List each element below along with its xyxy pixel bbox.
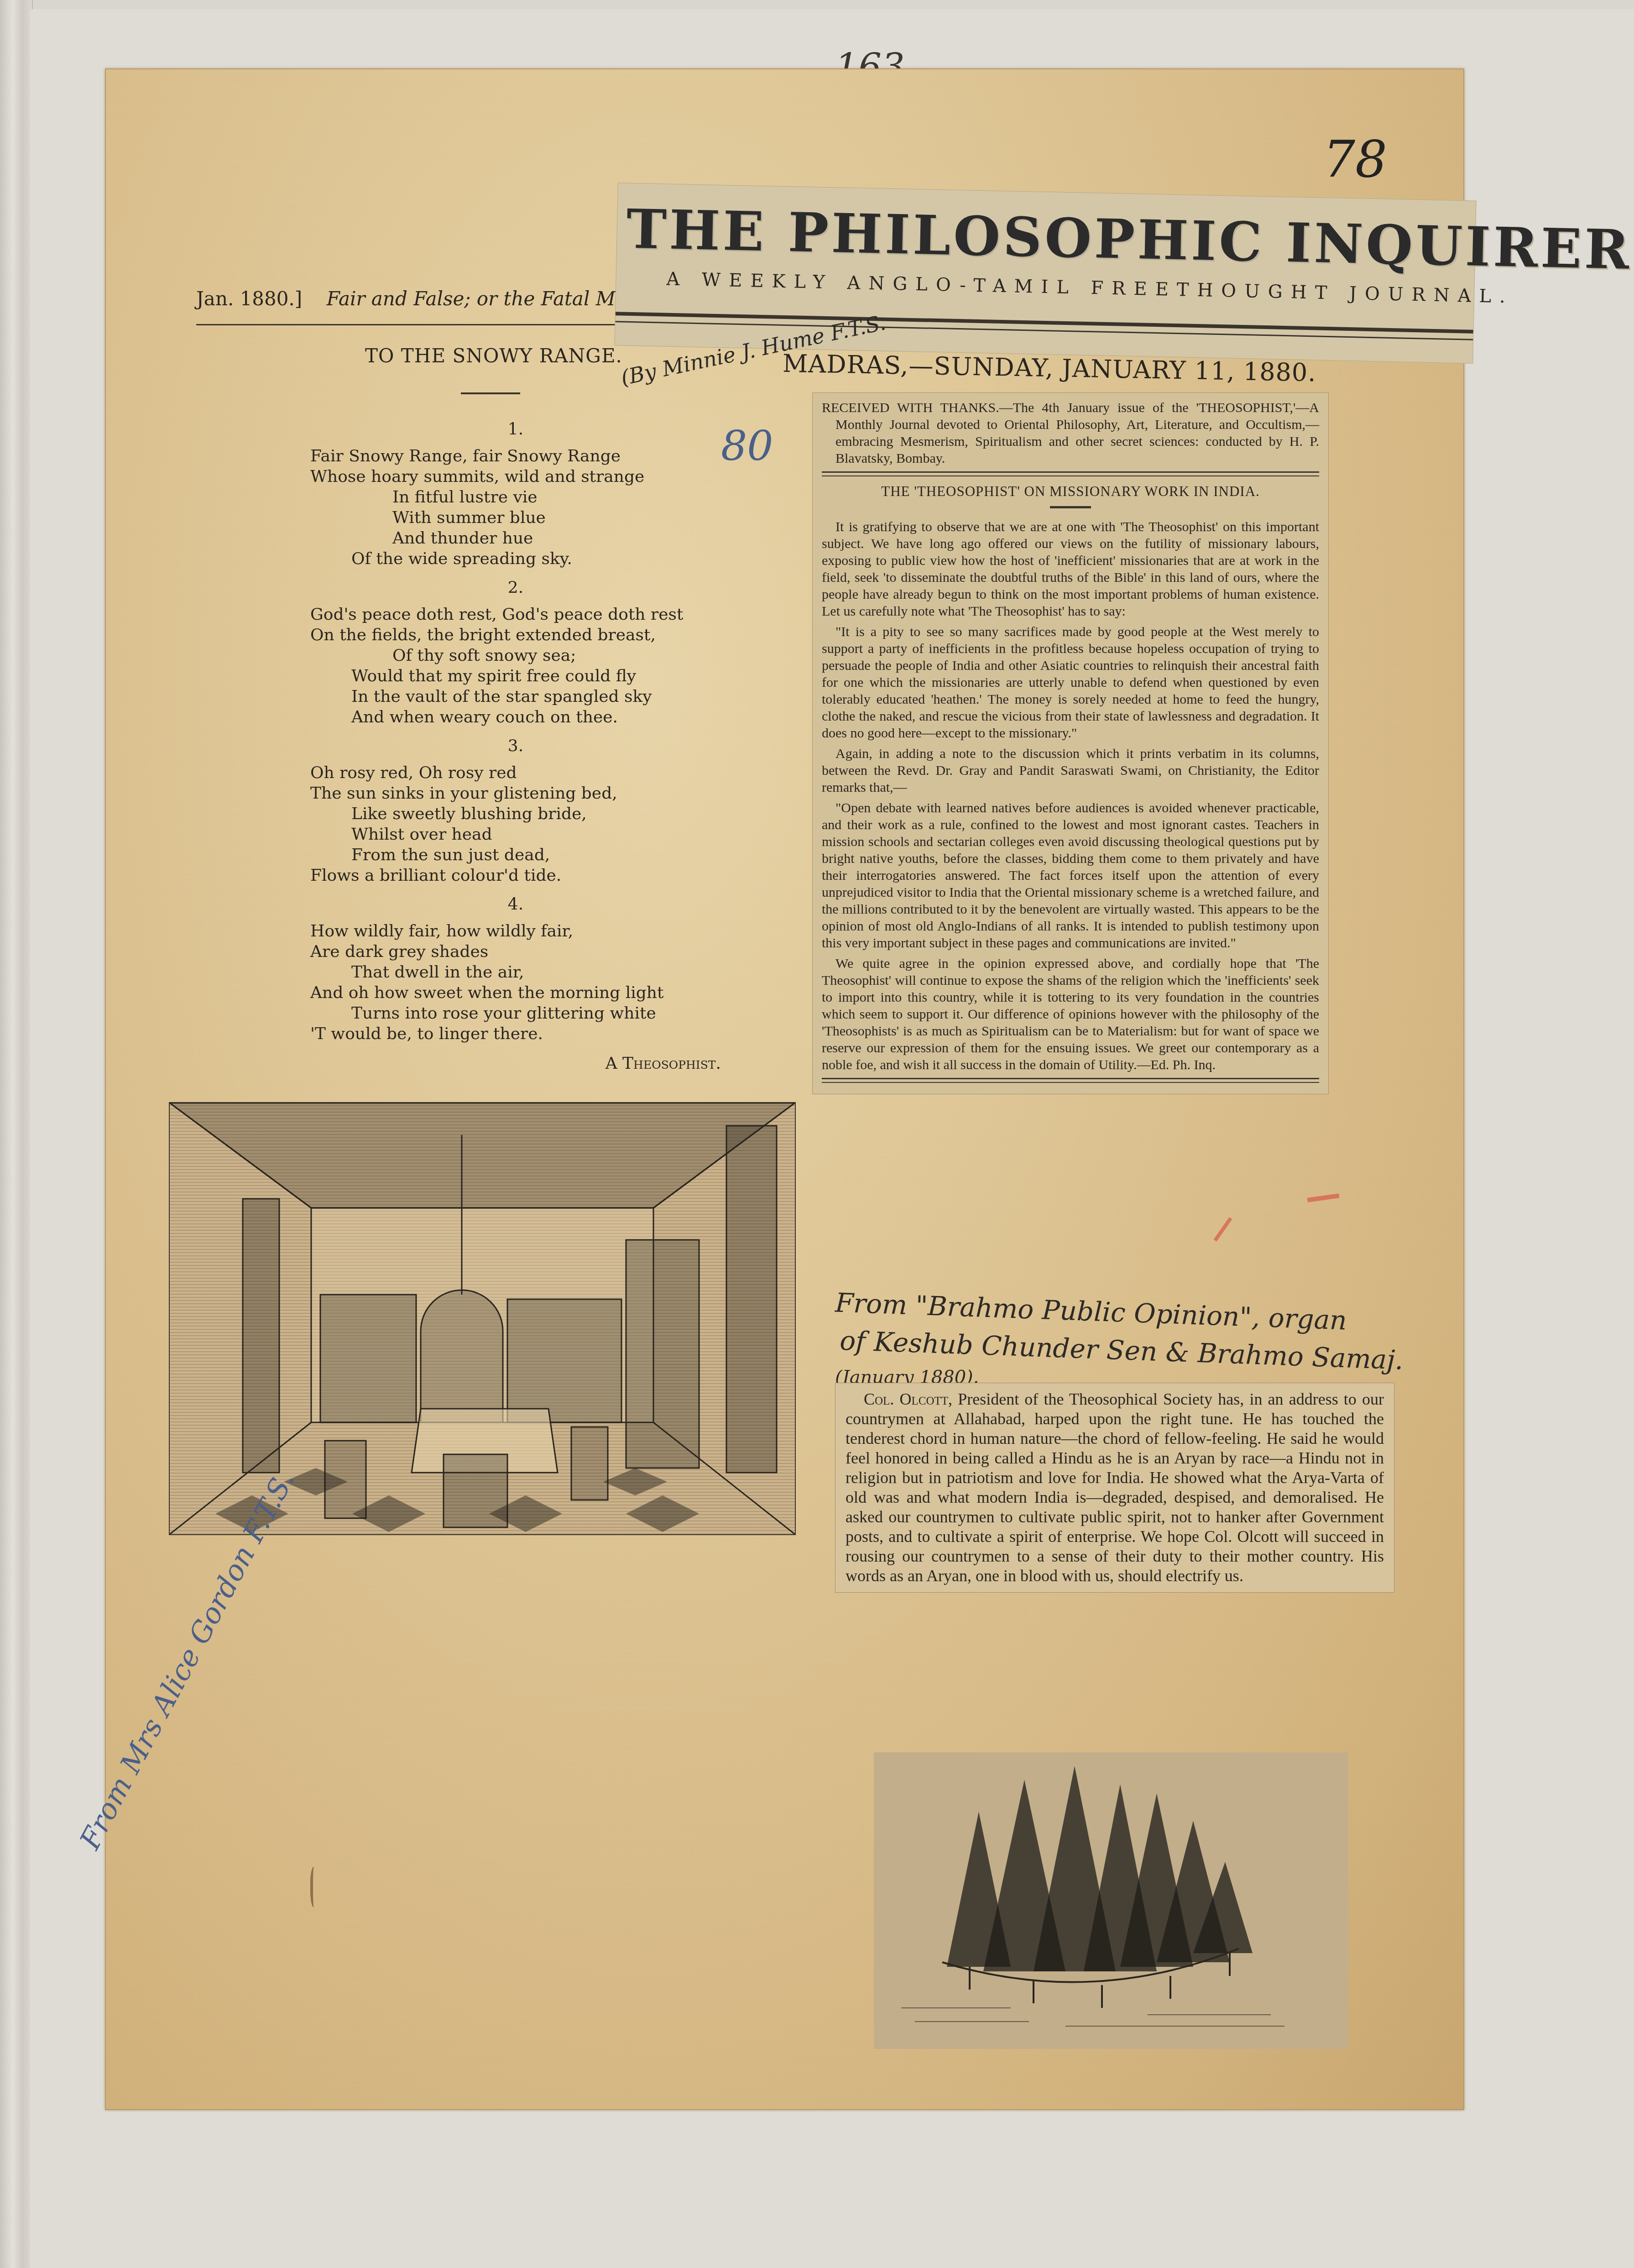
poem-line: In fitful lustre vie	[310, 487, 721, 507]
olcott-text: President of the Theosophical Society ha…	[846, 1390, 1384, 1585]
grove-engraving	[874, 1752, 1348, 2049]
poem-line: Would that my spirit free could fly	[310, 666, 721, 686]
poem-line: And thunder hue	[310, 528, 721, 549]
poem-line: Are dark grey shades	[310, 941, 721, 962]
poem-line: Of thy soft snowy sea;	[310, 645, 721, 666]
ink-mark-icon	[310, 1866, 319, 1907]
fir-trees-illustration-icon	[874, 1752, 1348, 2049]
column-end-rule	[822, 1078, 1319, 1083]
poem-body: 1.Fair Snowy Range, fair Snowy RangeWhos…	[310, 411, 721, 1074]
olcott-clipping: Col. Olcott, President of the Theosophic…	[835, 1383, 1394, 1593]
poem-line: God's peace doth rest, God's peace doth …	[310, 604, 721, 625]
poem-signature: A Theosophist.	[310, 1053, 721, 1074]
missionary-headline: THE 'THEOSOPHIST' ON MISSIONARY WORK IN …	[822, 483, 1319, 500]
poem-line: Like sweetly blushing bride,	[310, 804, 721, 824]
missionary-paragraph: We quite agree in the opinion expressed …	[822, 955, 1319, 1073]
stanza-number: 4.	[310, 894, 721, 915]
headline-rule	[1050, 506, 1091, 508]
poem-line: And oh how sweet when the morning light	[310, 982, 721, 1003]
interior-engraving	[169, 1102, 796, 1535]
poem-line: 'T would be, to linger there.	[310, 1024, 721, 1044]
poem-line: Oh rosy red, Oh rosy red	[310, 763, 721, 783]
poem-line: How wildly fair, how wildly fair,	[310, 921, 721, 941]
album-binding	[0, 0, 33, 2268]
poem-line: Turns into rose your glittering white	[310, 1003, 721, 1024]
poem-line: And when weary couch on thee.	[310, 707, 721, 727]
column-separator	[822, 471, 1319, 476]
clipping-number-handwritten: 80	[721, 422, 773, 470]
poem-line: That dwell in the air,	[310, 962, 721, 982]
poem-line: Flows a brilliant colour'd tide.	[310, 865, 721, 886]
sheet-number: 78	[1323, 130, 1387, 188]
poem-line: Whose hoary summits, wild and strange	[310, 466, 721, 487]
stanza-number: 2.	[310, 577, 721, 598]
stanza-number: 1.	[310, 419, 721, 439]
missionary-paragraph: Again, in adding a note to the discussio…	[822, 745, 1319, 796]
poem-line: On the fields, the bright extended breas…	[310, 625, 721, 645]
header-running-title: Fair and False; or the Fatal M	[327, 287, 616, 310]
received-notice: RECEIVED WITH THANKS.—The 4th January is…	[822, 399, 1319, 467]
missionary-paragraph: "Open debate with learned natives before…	[822, 800, 1319, 951]
missionary-paragraph: "It is a pity to see so many sacrifices …	[822, 623, 1319, 742]
dining-room-illustration-icon	[170, 1103, 795, 1534]
header-rule	[196, 324, 653, 325]
olcott-paragraph: Col. Olcott, President of the Theosophic…	[846, 1390, 1384, 1586]
poem-title-rule	[461, 392, 520, 394]
stanza-number: 3.	[310, 736, 721, 756]
poem-line: In the vault of the star spangled sky	[310, 686, 721, 707]
poem-line: Whilst over head	[310, 824, 721, 845]
philosophic-inquirer-column: RECEIVED WITH THANKS.—The 4th January is…	[812, 392, 1329, 1094]
poem-line: The sun sinks in your glistening bed,	[310, 783, 721, 804]
poem-line: Of the wide spreading sky.	[310, 549, 721, 569]
poem-line: From the sun just dead,	[310, 845, 721, 865]
poem-title: TO THE SNOWY RANGE.	[365, 345, 622, 367]
missionary-paragraph: It is gratifying to observe that we are …	[822, 518, 1319, 620]
olcott-lead: Col. Olcott,	[864, 1390, 952, 1408]
masthead-clipping: THE PHILOSOPHIC INQUIRER. A WEEKLY ANGLO…	[614, 183, 1476, 363]
poem-line: With summer blue	[310, 507, 721, 528]
header-date: Jan. 1880.]	[196, 287, 302, 310]
poem-line: Fair Snowy Range, fair Snowy Range	[310, 446, 721, 466]
